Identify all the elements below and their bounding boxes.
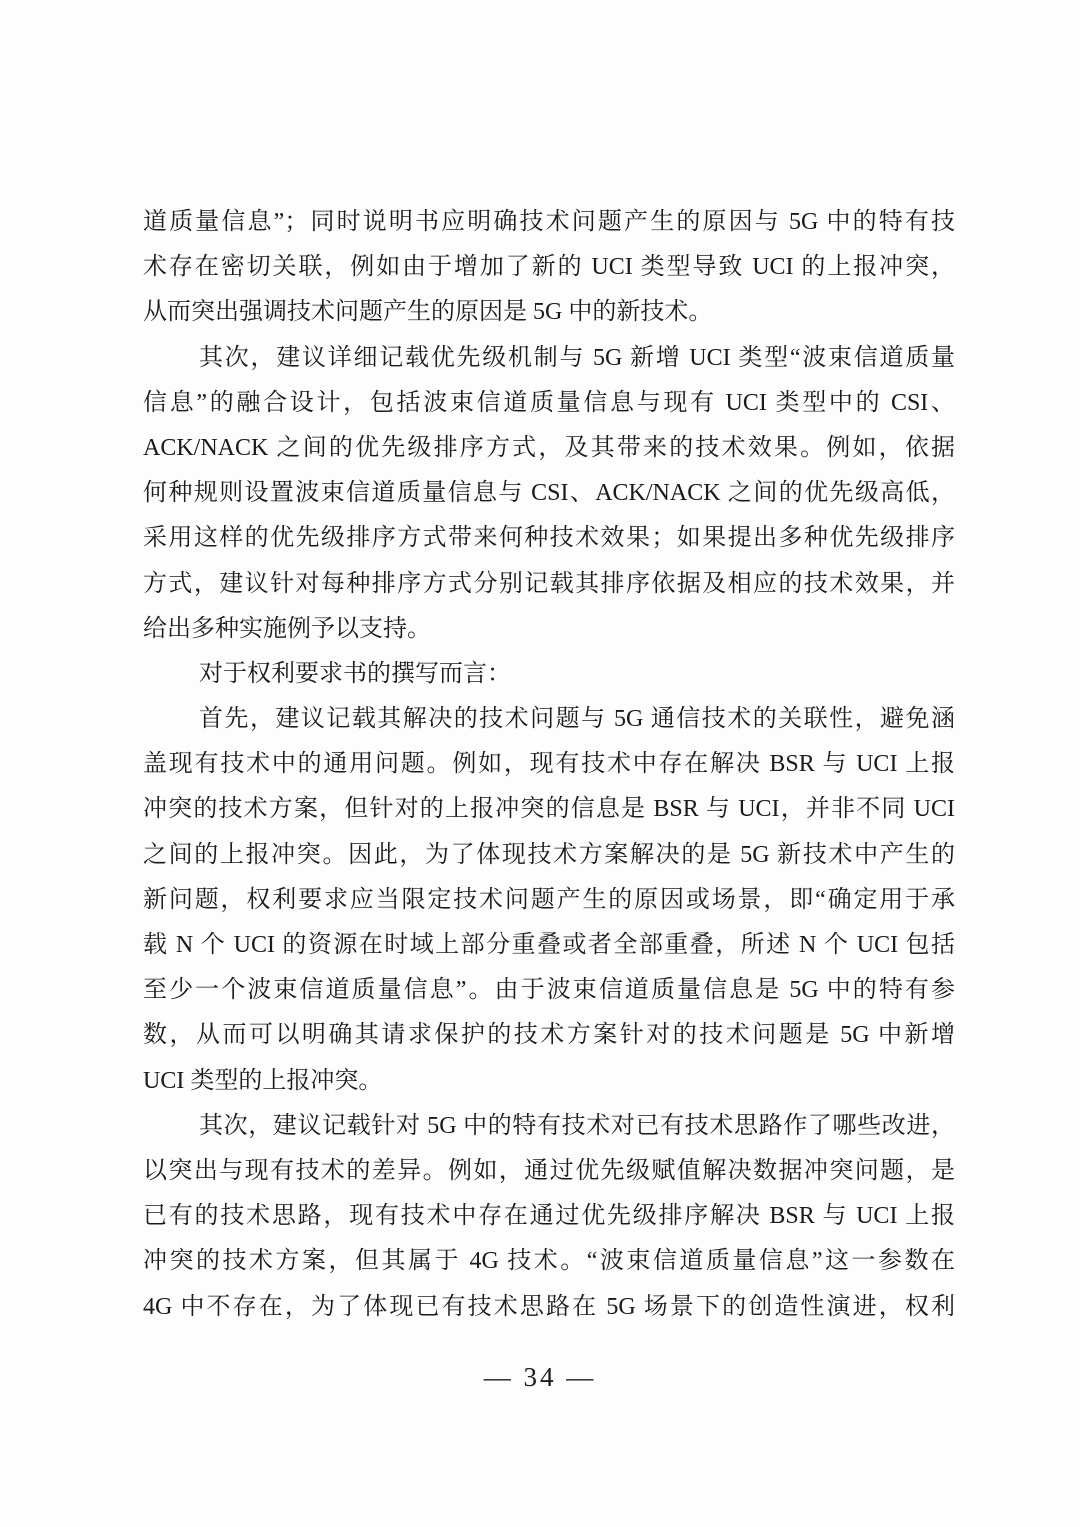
text-line: 已有的技术思路，现有技术中存在通过优先级排序解决 BSR 与 UCI 上报	[143, 1194, 955, 1239]
text-line: 其次，建议记载针对 5G 中的特有技术对已有技术思路作了哪些改进，	[143, 1104, 955, 1149]
text-line: 给出多种实施例予以支持。	[143, 607, 955, 652]
page-number: — 34 —	[0, 1362, 1080, 1393]
text-line: 术存在密切关联，例如由于增加了新的 UCI 类型导致 UCI 的上报冲突，	[143, 245, 955, 290]
text-line: 盖现有技术中的通用问题。例如，现有技术中存在解决 BSR 与 UCI 上报	[143, 742, 955, 787]
text-line: 新问题，权利要求应当限定技术问题产生的原因或场景，即“确定用于承	[143, 878, 955, 923]
text-line: 冲突的技术方案，但针对的上报冲突的信息是 BSR 与 UCI，并非不同 UCI	[143, 787, 955, 832]
text-line: 以突出与现有技术的差异。例如，通过优先级赋值解决数据冲突问题，是	[143, 1149, 955, 1194]
text-line: 至少一个波束信道质量信息”。由于波束信道质量信息是 5G 中的特有参	[143, 968, 955, 1013]
text-line: 数，从而可以明确其请求保护的技术方案针对的技术问题是 5G 中新增	[143, 1013, 955, 1058]
text-line: UCI 类型的上报冲突。	[143, 1059, 955, 1104]
text-line: 载 N 个 UCI 的资源在时域上部分重叠或者全部重叠，所述 N 个 UCI 包…	[143, 923, 955, 968]
text-line: 4G 中不存在，为了体现已有技术思路在 5G 场景下的创造性演进，权利	[143, 1285, 955, 1330]
body-text: 道质量信息”；同时说明书应明确技术问题产生的原因与 5G 中的特有技 术存在密切…	[143, 200, 955, 1330]
text-line: 采用这样的优先级排序方式带来何种技术效果；如果提出多种优先级排序	[143, 516, 955, 561]
text-line: 信息”的融合设计，包括波束信道质量信息与现有 UCI 类型中的 CSI、	[143, 381, 955, 426]
text-line: 何种规则设置波束信道质量信息与 CSI、ACK/NACK 之间的优先级高低，	[143, 471, 955, 516]
text-line: 首先，建议记载其解决的技术问题与 5G 通信技术的关联性，避免涵	[143, 697, 955, 742]
text-line: ACK/NACK 之间的优先级排序方式，及其带来的技术效果。例如，依据	[143, 426, 955, 471]
text-line: 对于权利要求书的撰写而言：	[143, 652, 955, 697]
text-line: 其次，建议详细记载优先级机制与 5G 新增 UCI 类型“波束信道质量	[143, 336, 955, 381]
text-line: 冲突的技术方案，但其属于 4G 技术。“波束信道质量信息”这一参数在	[143, 1239, 955, 1284]
text-line: 方式，建议针对每种排序方式分别记载其排序依据及相应的技术效果，并	[143, 562, 955, 607]
text-line: 从而突出强调技术问题产生的原因是 5G 中的新技术。	[143, 290, 955, 335]
text-line: 之间的上报冲突。因此，为了体现技术方案解决的是 5G 新技术中产生的	[143, 833, 955, 878]
text-line: 道质量信息”；同时说明书应明确技术问题产生的原因与 5G 中的特有技	[143, 200, 955, 245]
document-page: 道质量信息”；同时说明书应明确技术问题产生的原因与 5G 中的特有技 术存在密切…	[0, 0, 1080, 1527]
